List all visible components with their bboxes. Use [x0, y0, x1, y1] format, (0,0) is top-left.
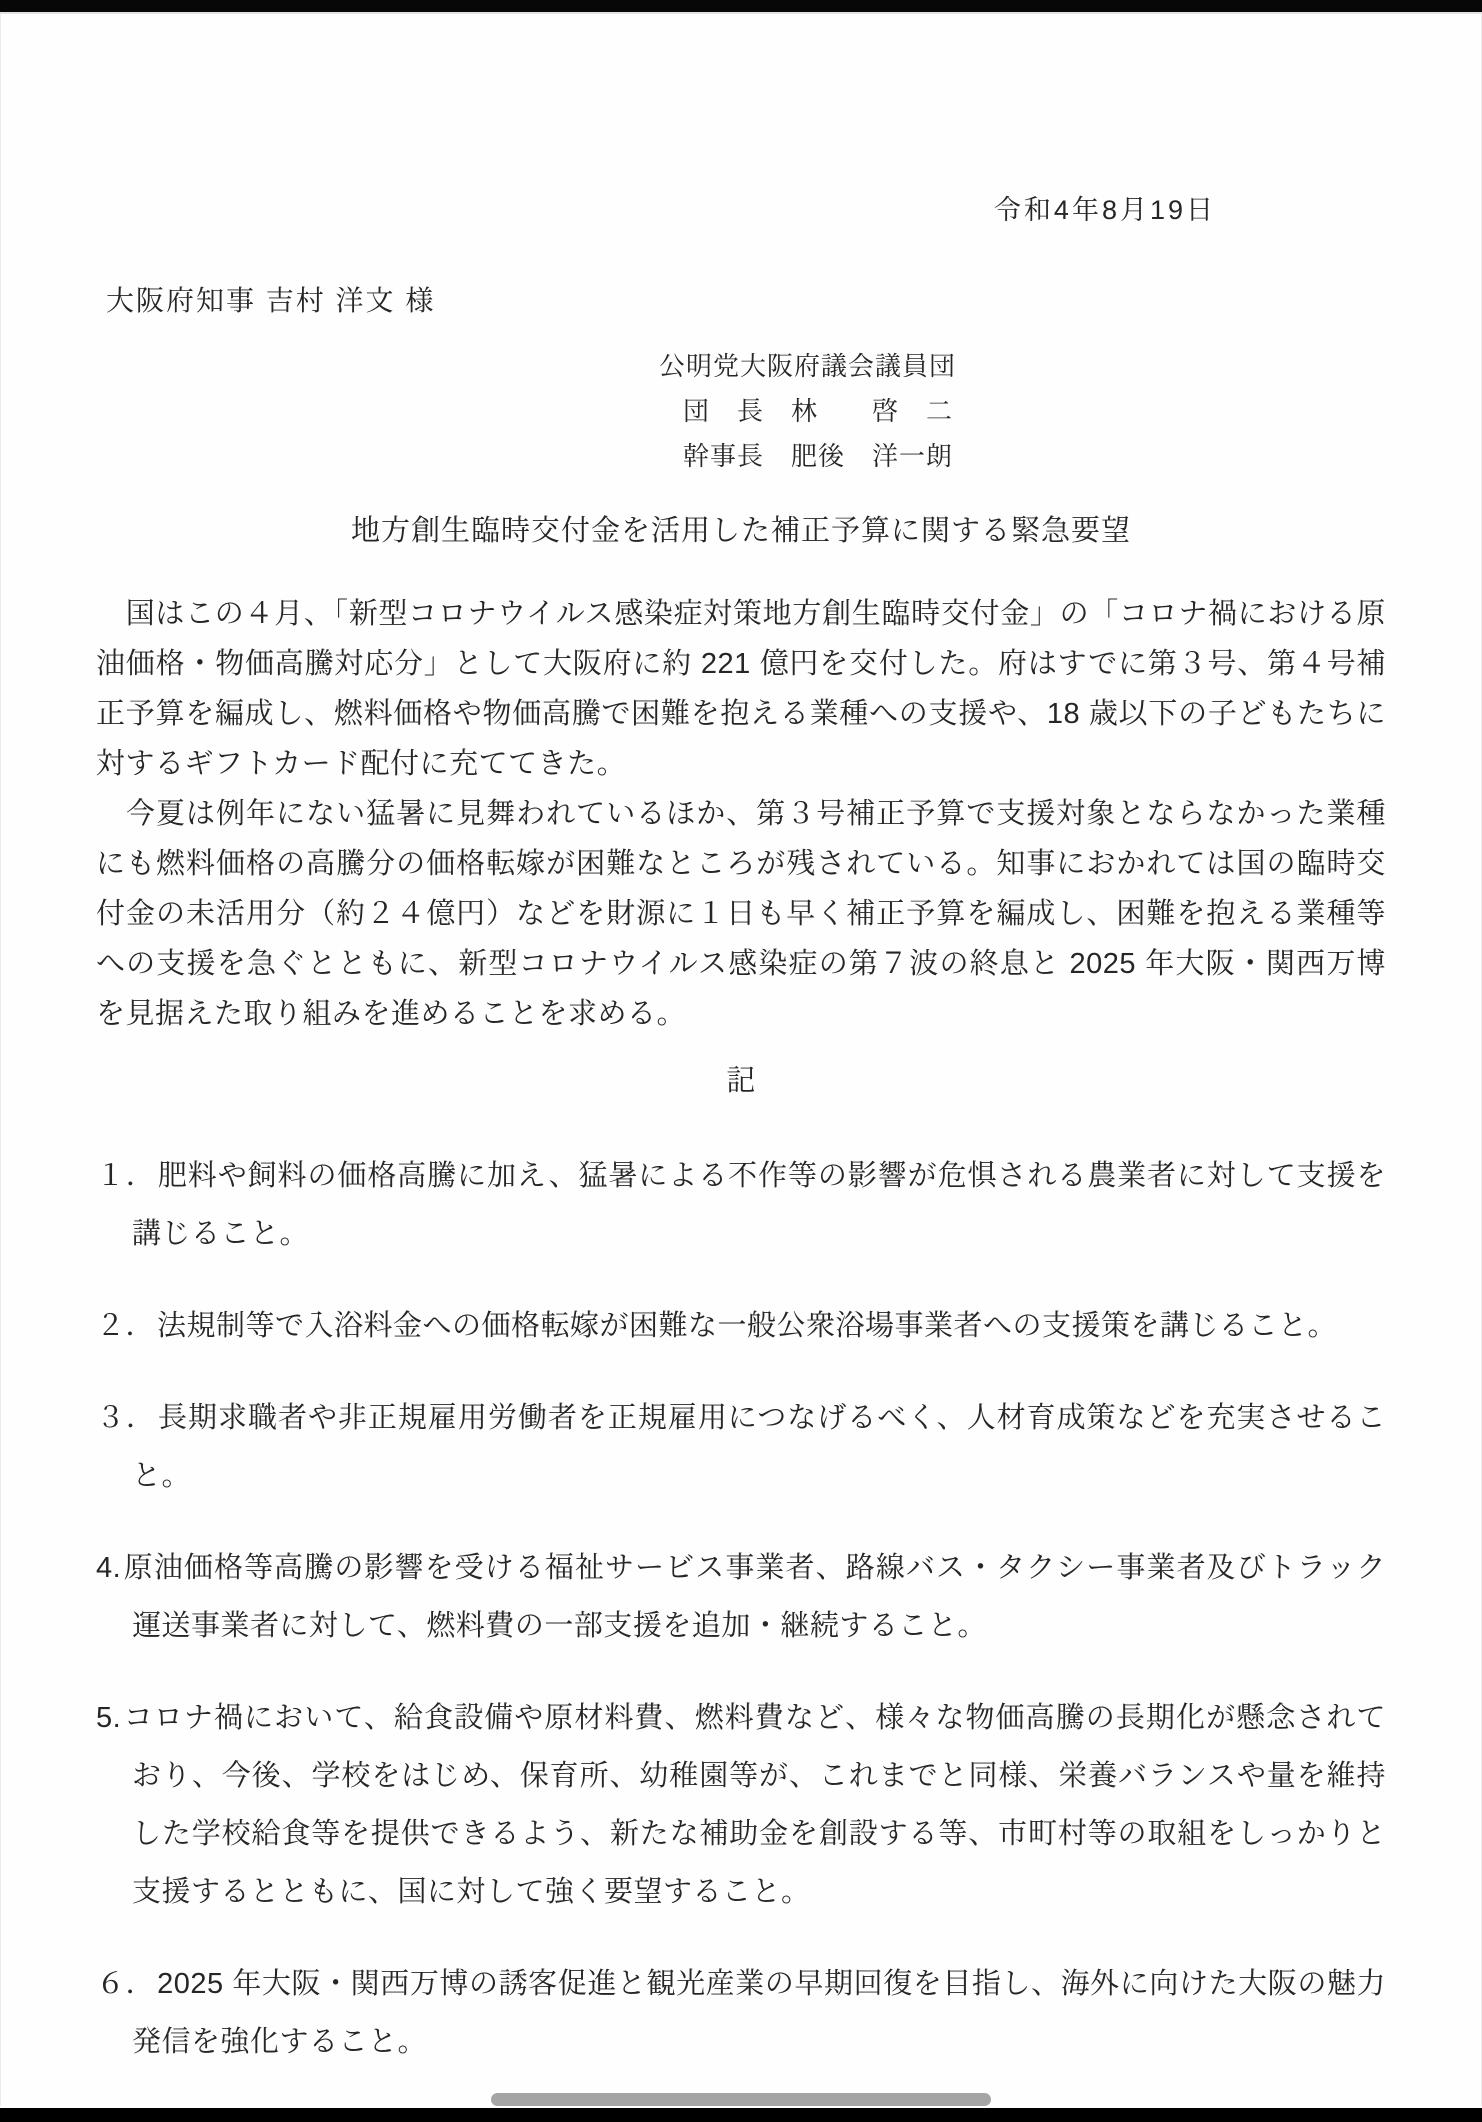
- paragraph-2: 今夏は例年にない猛暑に見舞われているほか、第３号補正予算で支援対象とならなかった…: [96, 789, 1386, 1039]
- top-screen-bar: [0, 0, 1482, 12]
- ki-separator: 記: [96, 1061, 1386, 1101]
- request-item-2: ２．法規制等で入浴料金への価格転嫁が困難な一般公衆浴場事業者への支援策を講じるこ…: [96, 1297, 1386, 1355]
- document-page: 令和4年8月19日 大阪府知事 吉村 洋文 様 公明党大阪府議会議員団 団 長 …: [0, 14, 1482, 2106]
- sender-secretary-line: 幹事長 肥後 洋一朗: [659, 434, 956, 479]
- request-item-6: ６．2025 年大阪・関西万博の誘客促進と観光産業の早期回復を目指し、海外に向け…: [96, 1955, 1386, 2071]
- item-5-number: 5.: [96, 1702, 121, 1734]
- request-items-list: １．肥料や飼料の価格高騰に加え、猛暑による不作等の影響が危惧される農業者に対して…: [96, 1147, 1386, 2071]
- document-content: 令和4年8月19日 大阪府知事 吉村 洋文 様 公明党大阪府議会議員団 団 長 …: [1, 194, 1481, 2071]
- sender-block: 公明党大阪府議会議員団 団 長 林 啓 二 幹事長 肥後 洋一朗: [659, 344, 956, 479]
- document-title: 地方創生臨時交付金を活用した補正予算に関する緊急要望: [96, 513, 1386, 549]
- item-6-text: 2025 年大阪・関西万博の誘客促進と観光産業の早期回復を目指し、海外に向けた大…: [132, 1968, 1386, 2058]
- body-paragraphs: 国はこの４月、「新型コロナウイルス感染症対策地方創生臨時交付金」の「コロナ禍にお…: [96, 589, 1386, 1039]
- request-item-5: 5.コロナ禍において、給食設備や原材料費、燃料費など、様々な物価高騰の長期化が懸…: [96, 1689, 1386, 1921]
- sender-leader-line: 団 長 林 啓 二: [659, 389, 956, 434]
- home-indicator[interactable]: [491, 2093, 991, 2106]
- bottom-screen-bar: [0, 2108, 1482, 2122]
- item-1-text: 肥料や飼料の価格高騰に加え、猛暑による不作等の影響が危惧される農業者に対して支援…: [132, 1160, 1386, 1250]
- sender-organization: 公明党大阪府議会議員団: [659, 344, 956, 389]
- document-date: 令和4年8月19日: [96, 194, 1386, 226]
- paragraph-1: 国はこの４月、「新型コロナウイルス感染症対策地方創生臨時交付金」の「コロナ禍にお…: [96, 589, 1386, 789]
- request-item-1: １．肥料や飼料の価格高騰に加え、猛暑による不作等の影響が危惧される農業者に対して…: [96, 1147, 1386, 1263]
- item-1-number: １．: [96, 1160, 156, 1192]
- item-2-text: 法規制等で入浴料金への価格転嫁が困難な一般公衆浴場事業者への支援策を講じること。: [157, 1310, 1337, 1342]
- item-6-number: ６．: [96, 1968, 155, 2000]
- item-4-number: 4.: [96, 1552, 121, 1584]
- item-3-number: ３．: [96, 1402, 156, 1434]
- request-item-4: 4.原油価格等高騰の影響を受ける福祉サービス事業者、路線バス・タクシー事業者及び…: [96, 1539, 1386, 1655]
- screenshot-root: { "doc": { "date": "令和4年8月19日", "address…: [0, 0, 1482, 2122]
- item-3-text: 長期求職者や非正規雇用労働者を正規雇用につなげるべく、人材育成策などを充実させる…: [132, 1402, 1386, 1492]
- item-4-text: 原油価格等高騰の影響を受ける福祉サービス事業者、路線バス・タクシー事業者及びトラ…: [123, 1552, 1386, 1642]
- item-2-number: ２．: [96, 1310, 155, 1342]
- addressee-line: 大阪府知事 吉村 洋文 様: [96, 284, 1386, 318]
- request-item-3: ３．長期求職者や非正規雇用労働者を正規雇用につなげるべく、人材育成策などを充実さ…: [96, 1389, 1386, 1505]
- item-5-text: コロナ禍において、給食設備や原材料費、燃料費など、様々な物価高騰の長期化が懸念さ…: [123, 1702, 1386, 1908]
